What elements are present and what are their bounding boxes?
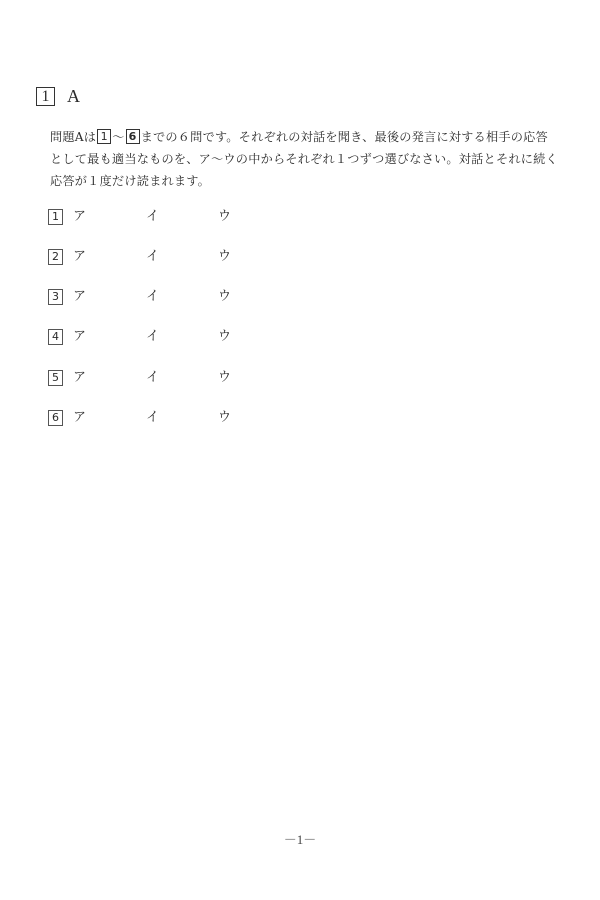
section-letter: A — [67, 86, 80, 107]
section-heading: 1 A — [36, 86, 80, 107]
choice-i: イ — [146, 287, 159, 307]
choice-a: ア — [73, 287, 86, 307]
choice-a: ア — [73, 247, 86, 267]
question-range-start-box: 1 — [97, 129, 111, 144]
choice-a: ア — [73, 207, 86, 227]
question-range-end-box: 6 — [126, 129, 140, 144]
choice-i: イ — [146, 368, 159, 388]
instructions-paragraph: 問題Aは1～6までの６問です。それぞれの対話を聞き、最後の発言に対する相手の応答… — [50, 126, 560, 192]
choice-u: ウ — [218, 327, 231, 347]
choice-a: ア — [73, 327, 86, 347]
question-number-box: 3 — [48, 289, 63, 305]
section-number-box: 1 — [36, 87, 55, 106]
range-tilde: ～ — [112, 130, 124, 144]
choice-a: ア — [73, 368, 86, 388]
question-number-box: 5 — [48, 370, 63, 386]
choice-u: ウ — [218, 408, 231, 428]
choice-u: ウ — [218, 368, 231, 388]
question-number-box: 4 — [48, 329, 63, 345]
question-row-5: 5 ア イ ウ — [48, 368, 63, 388]
choice-i: イ — [146, 207, 159, 227]
question-number-box: 1 — [48, 209, 63, 225]
choice-u: ウ — [218, 207, 231, 227]
choice-i: イ — [146, 408, 159, 428]
question-number-box: 6 — [48, 410, 63, 426]
question-row-6: 6 ア イ ウ — [48, 408, 63, 428]
question-row-4: 4 ア イ ウ — [48, 327, 63, 347]
question-number-box: 2 — [48, 249, 63, 265]
choice-u: ウ — [218, 287, 231, 307]
question-row-3: 3 ア イ ウ — [48, 287, 63, 307]
question-row-1: 1 ア イ ウ — [48, 207, 63, 227]
page-number: －1－ — [0, 829, 600, 848]
choice-a: ア — [73, 408, 86, 428]
instructions-prefix: 問題Aは — [50, 130, 96, 144]
choice-i: イ — [146, 327, 159, 347]
choice-u: ウ — [218, 247, 231, 267]
choice-i: イ — [146, 247, 159, 267]
question-row-2: 2 ア イ ウ — [48, 247, 63, 267]
